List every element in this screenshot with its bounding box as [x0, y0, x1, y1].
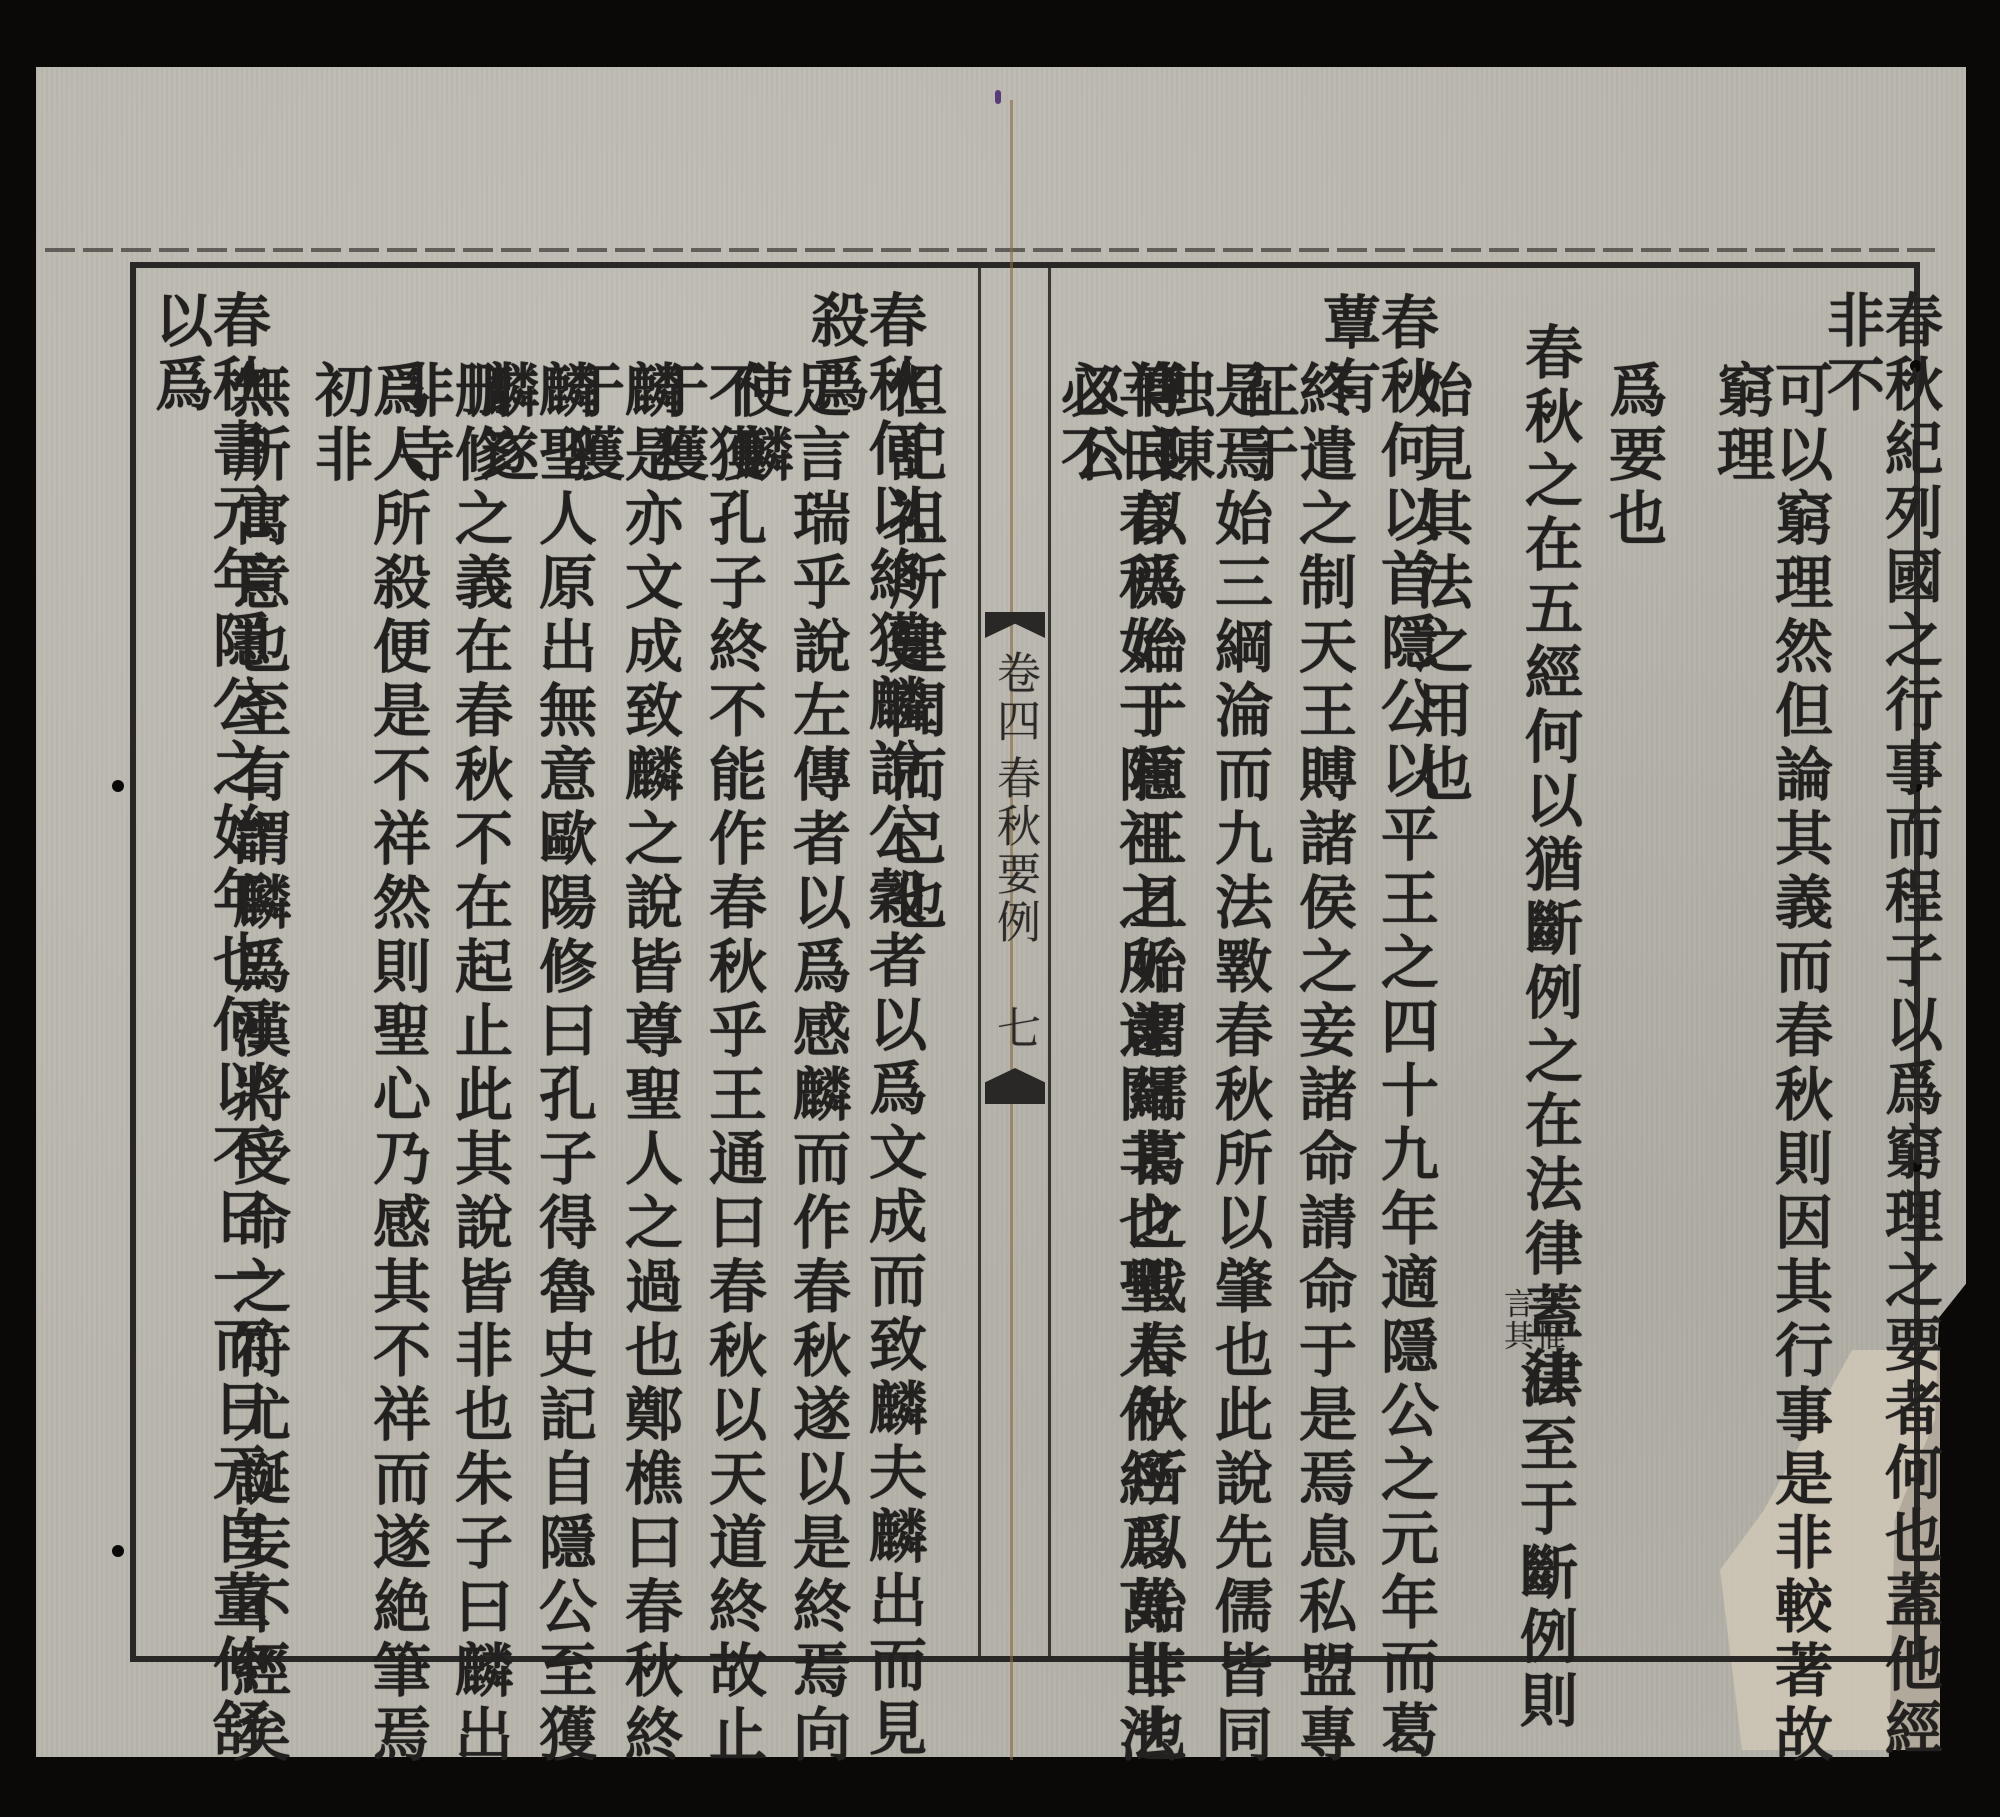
text-column: 可以窮理然但論其義而春秋則因其行事是非較著故窮理: [1712, 360, 1828, 1817]
binding-hole: [112, 780, 124, 792]
ink-mark: [995, 90, 1001, 104]
upper-rule-line: [45, 248, 1935, 252]
text-column: 法至于斷例則: [1515, 1350, 1573, 1734]
text-column: 春秋之在五經何以猶斷例之在法律蓋律: [1520, 322, 1578, 1410]
text-column: 爲要也: [1604, 360, 1662, 552]
fold-volume-label: 卷四: [992, 650, 1036, 746]
annotation-note-right: 令惟: [1532, 1288, 1562, 1352]
center-column-left-rule: [978, 268, 981, 1656]
text-column: 爲人所殺便是不祥然則聖心乃感其不祥而遂絶筆焉初非: [310, 360, 426, 1817]
text-column: 羊曰春秋始于隱祖之所逮聞非也聖人作經爲萬世法必不: [1056, 360, 1172, 1817]
fold-leaf-number: 七: [992, 1005, 1036, 1053]
fold-title-label: 春秋要例: [992, 755, 1036, 947]
text-column: 春秋書元年隱公之始年也何以不日一而日元自董仲舒以爲: [150, 290, 266, 1817]
text-column: 春秋紀列國之行事而程子以爲窮理之要者何也蓋他經非不: [1822, 290, 1938, 1817]
annotation-note-left: 言其: [1500, 1288, 1530, 1352]
binding-hole: [112, 1545, 124, 1557]
